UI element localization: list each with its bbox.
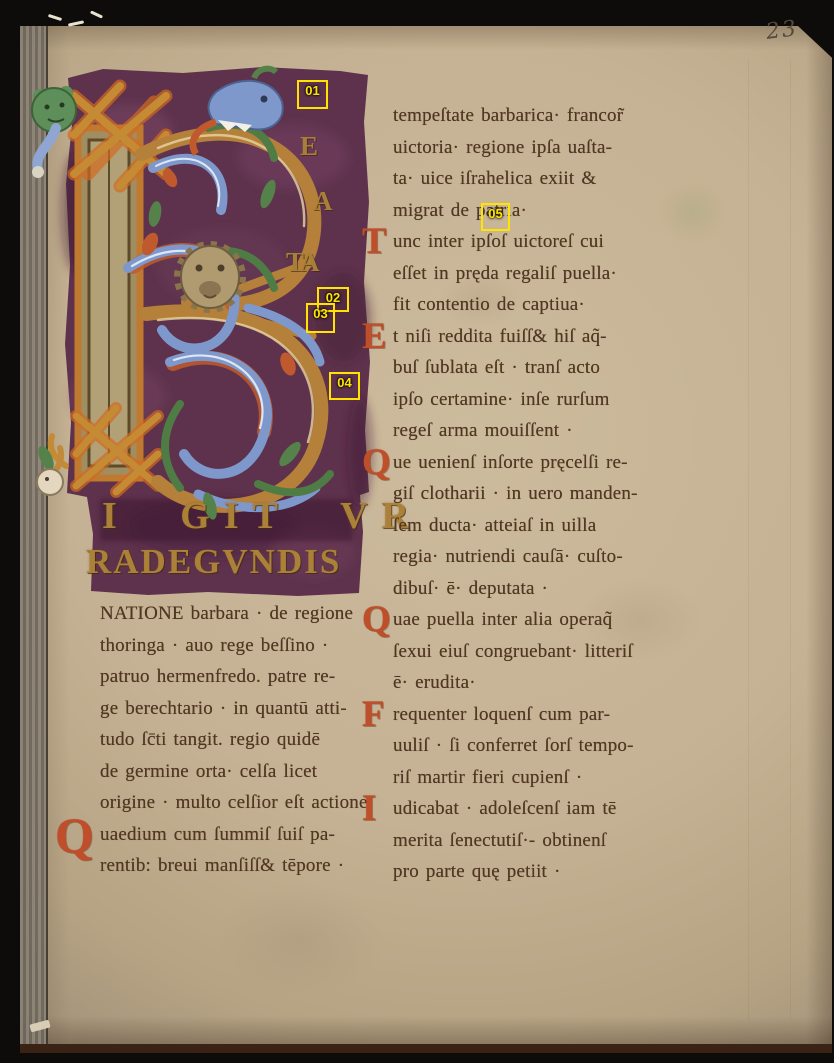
line-text: giſ clotharii · in uero manden-: [393, 483, 638, 504]
line-text: unc inter ipſoſ uictoreſ cui: [393, 231, 604, 252]
rubricated-initial-Q: Q: [362, 444, 391, 481]
rubricated-initial-Q: Q: [55, 810, 94, 860]
book-bottom-edge: [20, 1044, 832, 1053]
annotation-label-05: 05: [483, 206, 508, 221]
manuscript-line: giſ clotharii · in uero manden-: [393, 478, 693, 510]
panel-letter-A: A: [313, 186, 333, 217]
manuscript-line: regeſ arma mouiſſent ·: [393, 415, 693, 447]
annotation-label-01: 01: [299, 83, 326, 98]
panel-letter-TA: TA: [286, 247, 318, 278]
white-beast-head-icon: [35, 444, 63, 495]
annotation-box-05[interactable]: 05: [481, 203, 510, 231]
manuscript-line: eſſet in pręda regaliſ puella·: [393, 258, 693, 290]
ruling-line: [748, 60, 749, 1020]
manuscript-line: rentib: breui manſiſſ& tēpore ·: [100, 850, 392, 882]
annotation-box-01[interactable]: 01: [297, 80, 328, 109]
annotation-box-04[interactable]: 04: [329, 372, 360, 400]
rubricated-initial-E: E: [362, 318, 387, 355]
line-text: uae puella inter alia operaq̃: [393, 609, 612, 630]
annotation-box-03[interactable]: 03: [306, 303, 335, 333]
manuscript-line: uuliſ · ſi conferret ſorſ tempo-: [393, 730, 693, 762]
line-text: dibuſ· ē· deputata ·: [393, 578, 548, 599]
manuscript-line: tudo ſc̄ti tangit. regio quidē: [100, 724, 392, 756]
line-text: NATIONE barbara · de regione: [100, 603, 353, 624]
manuscript-line: Que uenienſ inſorte pręcelſi re-: [393, 447, 693, 479]
rubricated-initial-Q: Q: [362, 601, 391, 638]
manuscript-line: patruo hermenfredo. patre re-: [100, 661, 392, 693]
line-text: buſ ſublata eſt · tranſ acto: [393, 357, 600, 378]
line-text: regeſ arma mouiſſent ·: [393, 420, 573, 441]
line-text: de germine orta· celſa licet: [100, 761, 317, 782]
line-text: ge berechtario · in quantū atti-: [100, 698, 347, 719]
manuscript-line: de germine orta· celſa licet: [100, 756, 392, 788]
left-column: NATIONE barbara · de regionethoringa · a…: [100, 598, 392, 882]
panel-letter-E: E: [300, 131, 318, 162]
manuscript-line: origine · multo celſior eſt actione·: [100, 787, 392, 819]
frayed-thread: [48, 14, 62, 21]
display-text-igitur: I GIT VR: [102, 494, 423, 538]
manuscript-line: ta· uice iſrahelica exiit &: [393, 163, 693, 195]
manuscript-line: NATIONE barbara · de regione: [100, 598, 392, 630]
line-text: t niſi reddita fuiſſ& hiſ aq̃-: [393, 326, 607, 347]
manuscript-line: regia· nutriendi cauſā· cuſto-: [393, 541, 693, 573]
manuscript-line: merita ſenectutiſ·- obtinenſ: [393, 825, 693, 857]
annotation-label-03: 03: [308, 306, 333, 321]
display-text-radegundis: RADEGVNDIS: [86, 542, 341, 582]
line-text: pro parte quę petiit ·: [393, 861, 561, 882]
manuscript-line: ſem ducta· atteiaſ in uilla: [393, 510, 693, 542]
line-text: regia· nutriendi cauſā· cuſto-: [393, 546, 623, 567]
annotation-label-04: 04: [331, 375, 358, 390]
line-text: ſem ducta· atteiaſ in uilla: [393, 515, 596, 536]
manuscript-line: Iudicabat · adoleſcenſ iam tē: [393, 793, 693, 825]
line-text: uaedium cum ſummiſ ſuiſ pa-: [100, 824, 335, 845]
line-text: ta· uice iſrahelica exiit &: [393, 168, 596, 189]
manuscript-line: ē· erudita·: [393, 667, 693, 699]
manuscript-line: Quae puella inter alia operaq̃: [393, 604, 693, 636]
line-text: eſſet in pręda regaliſ puella·: [393, 263, 617, 284]
manuscript-line: buſ ſublata eſt · tranſ acto: [393, 352, 693, 384]
line-text: ipſo certamine· inſe rurſum: [393, 389, 610, 410]
rubricated-initial-I: I: [362, 790, 377, 827]
manuscript-line: migrat de patria·: [393, 195, 693, 227]
manuscript-line: Et niſi reddita fuiſſ& hiſ aq̃-: [393, 321, 693, 353]
manuscript-line: uictoria· regione ipſa uaſta-: [393, 132, 693, 164]
line-text: ſexui eiuſ congruebant· litteriſ: [393, 641, 633, 662]
line-text: patruo hermenfredo. patre re-: [100, 666, 335, 687]
manuscript-line: fit contentio de captiua·: [393, 289, 693, 321]
manuscript-line: thoringa · auo rege beſſino ·: [100, 630, 392, 662]
manuscript-line: ſexui eiuſ congruebant· litteriſ: [393, 636, 693, 668]
line-text: thoringa · auo rege beſſino ·: [100, 635, 328, 656]
line-text: requenter loquenſ cum par-: [393, 704, 610, 725]
line-text: rentib: breui manſiſſ& tēpore ·: [100, 855, 344, 876]
line-text: merita ſenectutiſ·- obtinenſ: [393, 830, 606, 851]
manuscript-line: Quaedium cum ſummiſ ſuiſ pa-: [100, 819, 392, 851]
folio-number: 23: [765, 16, 800, 45]
manuscript-line: ipſo certamine· inſe rurſum: [393, 384, 693, 416]
line-text: udicabat · adoleſcenſ iam tē: [393, 798, 617, 819]
manuscript-line: dibuſ· ē· deputata ·: [393, 573, 693, 605]
line-text: uictoria· regione ipſa uaſta-: [393, 137, 612, 158]
rubricated-initial-F: F: [362, 696, 385, 733]
manuscript-line: tempeſtate barbarica· francor̃: [393, 100, 693, 132]
manuscript-line: Frequenter loquenſ cum par-: [393, 699, 693, 731]
rubricated-initial-T: T: [362, 223, 387, 260]
line-text: tudo ſc̄ti tangit. regio quidē: [100, 729, 320, 750]
manuscript-photo: 23: [0, 0, 834, 1063]
frayed-thread: [90, 10, 103, 18]
line-text: origine · multo celſior eſt actione·: [100, 792, 374, 813]
ruling-line: [790, 60, 791, 1020]
right-column: tempeſtate barbarica· francor̃uictoria· …: [393, 100, 693, 888]
manuscript-line: riſ martir fieri cupienſ ·: [393, 762, 693, 794]
line-text: riſ martir fieri cupienſ ·: [393, 767, 582, 788]
manuscript-line: pro parte quę petiit ·: [393, 856, 693, 888]
manuscript-line: Tunc inter ipſoſ uictoreſ cui: [393, 226, 693, 258]
line-text: uuliſ · ſi conferret ſorſ tempo-: [393, 735, 634, 756]
line-text: fit contentio de captiua·: [393, 294, 585, 315]
line-text: ue uenienſ inſorte pręcelſi re-: [393, 452, 628, 473]
line-text: ē· erudita·: [393, 672, 476, 693]
line-text: tempeſtate barbarica· francor̃: [393, 105, 623, 126]
manuscript-line: ge berechtario · in quantū atti-: [100, 693, 392, 725]
